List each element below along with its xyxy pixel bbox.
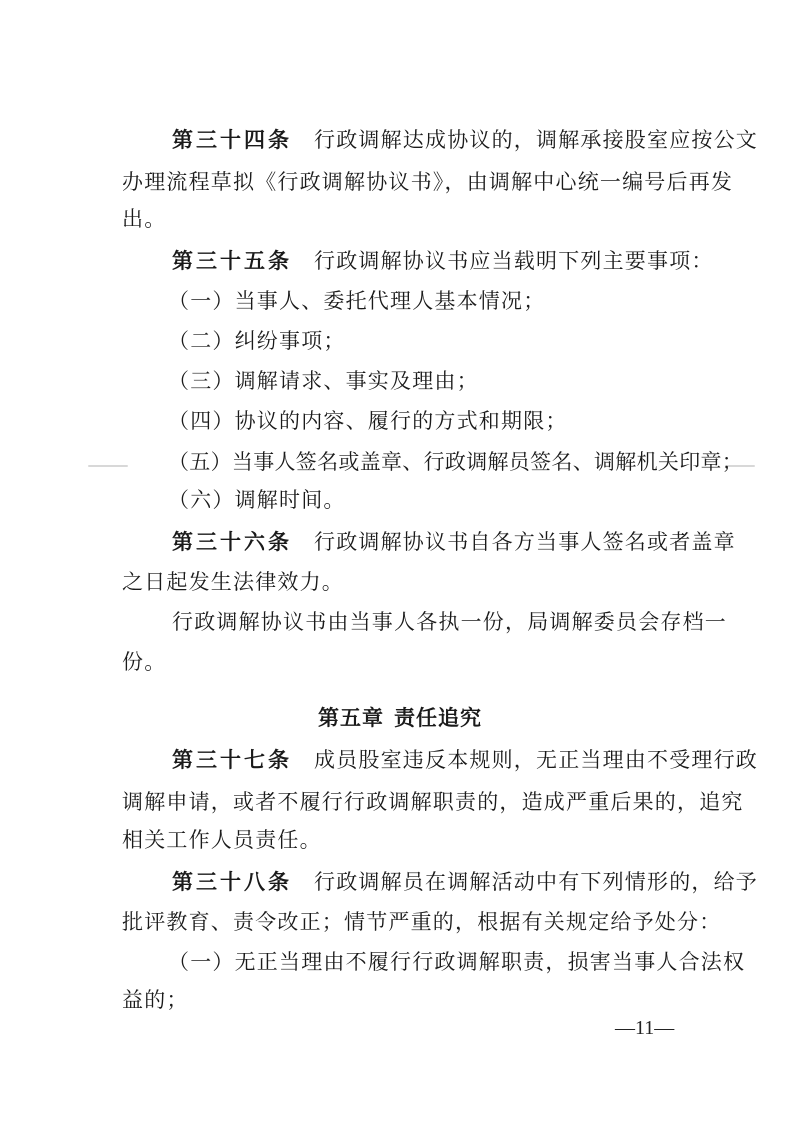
article-34-text: 行政调解达成协议的，调解承接股室应按公文 — [314, 128, 758, 152]
chapter-heading: 第五章责任追究 — [0, 698, 800, 738]
page-number: —11— — [615, 1014, 674, 1042]
article-38-text: 行政调解员在调解活动中有下列情形的，给予 — [314, 870, 758, 894]
article-37-line-3: 相关工作人员责任。 — [122, 820, 698, 860]
article-36-para2-line-2: 份。 — [122, 642, 698, 682]
article-36-line-1: 第三十六条行政调解协议书自各方当事人签名或者盖章 — [172, 522, 698, 562]
article-35-item-1: （一）当事人、委托代理人基本情况； — [168, 281, 694, 321]
article-36-para2-line-1: 行政调解协议书由当事人各执一份，局调解委员会存档一 — [172, 602, 698, 642]
article-35-item-4: （四）协议的内容、履行的方式和期限； — [168, 401, 694, 441]
article-37-line-1: 第三十七条成员股室违反本规则，无正当理由不受理行政 — [172, 740, 698, 780]
article-35-item-3: （三）调解请求、事实及理由； — [168, 361, 694, 401]
article-38-line-2: 批评教育、责令改正；情节严重的，根据有关规定给予处分： — [122, 902, 698, 942]
article-35-item-6: （六）调解时间。 — [168, 480, 694, 520]
article-38-number: 第三十八条 — [172, 870, 292, 894]
article-38-line-1: 第三十八条行政调解员在调解活动中有下列情形的，给予 — [172, 862, 698, 902]
article-34-line-1: 第三十四条行政调解达成协议的，调解承接股室应按公文 — [172, 120, 698, 160]
article-34-line-3: 出。 — [122, 199, 698, 239]
article-34-line-2: 办理流程草拟《行政调解协议书》，由调解中心统一编号后再发 — [122, 162, 698, 202]
article-36-number: 第三十六条 — [172, 530, 292, 554]
scan-mark-left — [88, 465, 128, 467]
article-35-item-5: （五）当事人签名或盖章、行政调解员签名、调解机关印章； — [168, 442, 694, 482]
article-35-number: 第三十五条 — [172, 249, 292, 273]
article-37-number: 第三十七条 — [172, 748, 292, 772]
article-36-text: 行政调解协议书自各方当事人签名或者盖章 — [314, 530, 736, 554]
article-37-line-2: 调解申请，或者不履行行政调解职责的，造成严重后果的，追究 — [122, 782, 698, 822]
article-35-line-1: 第三十五条行政调解协议书应当载明下列主要事项： — [172, 241, 698, 281]
article-35-item-2: （二）纠纷事项； — [168, 321, 694, 361]
chapter-title: 责任追究 — [394, 706, 482, 730]
article-38-item-1-line-2: 益的； — [122, 980, 698, 1020]
article-37-text: 成员股室违反本规则，无正当理由不受理行政 — [314, 748, 758, 772]
article-38-item-1-line-1: （一）无正当理由不履行行政调解职责，损害当事人合法权 — [168, 942, 698, 982]
document-page: 第三十四条行政调解达成协议的，调解承接股室应按公文 办理流程草拟《行政调解协议书… — [0, 0, 800, 1131]
chapter-number: 第五章 — [318, 706, 384, 730]
article-34-number: 第三十四条 — [172, 128, 292, 152]
article-36-line-2: 之日起发生法律效力。 — [122, 562, 698, 602]
article-35-text: 行政调解协议书应当载明下列主要事项： — [314, 249, 714, 273]
